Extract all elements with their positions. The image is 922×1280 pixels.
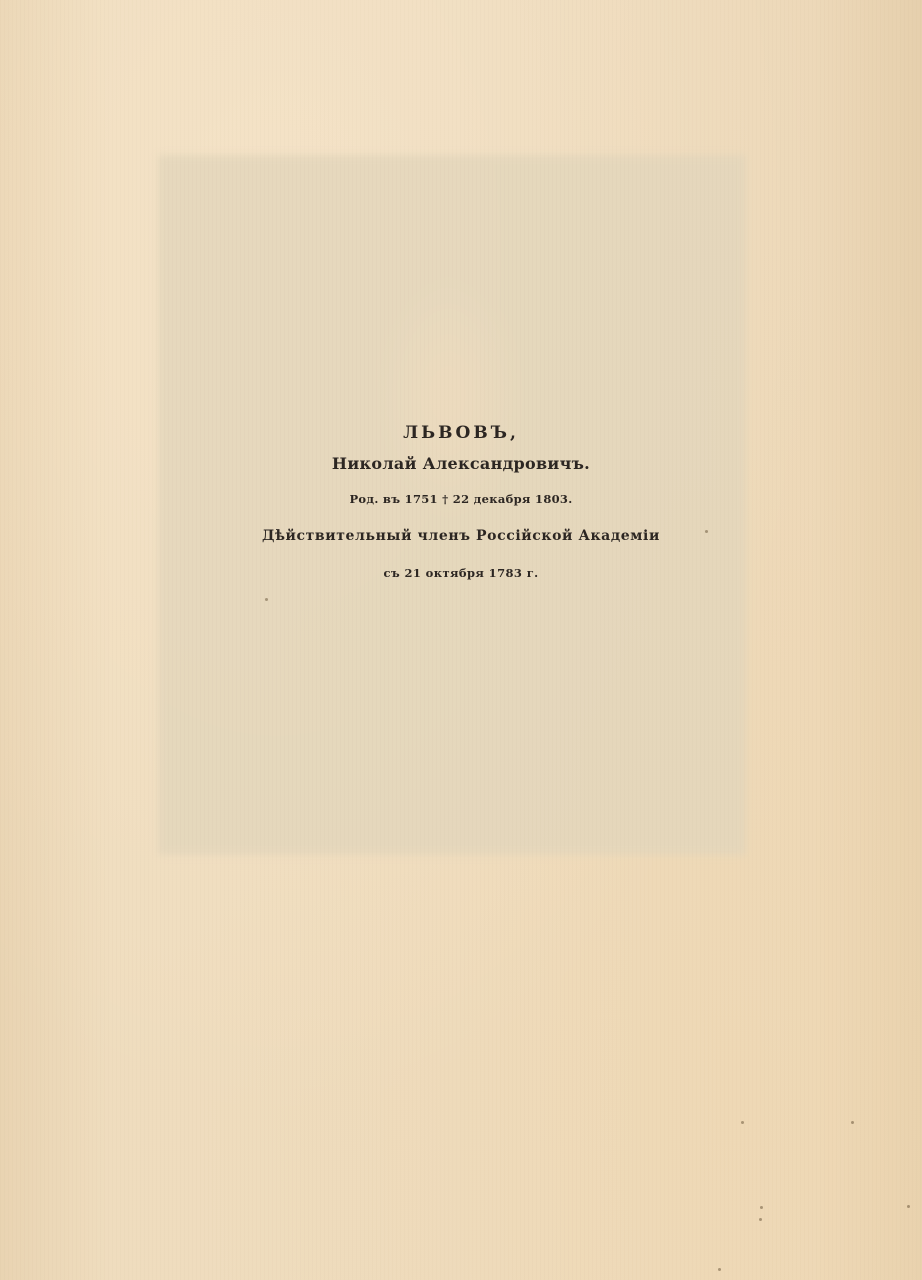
scanned-page: ЛЬВОВЪ, Николай Александровичъ. Род. въ … [0, 0, 922, 1280]
paper-speck [851, 1121, 854, 1124]
paper-speck [265, 598, 268, 601]
paper-speck [741, 1121, 744, 1124]
paper-speck [705, 530, 708, 533]
portrait-surname: ЛЬВОВЪ, [0, 423, 922, 443]
academy-membership: Дѣйствительный членъ Россійской Академіи [0, 528, 922, 544]
membership-date: съ 21 октября 1783 г. [0, 566, 922, 580]
portrait-given-name: Николай Александровичъ. [0, 454, 922, 473]
paper-speck [759, 1218, 762, 1221]
paper-speck [760, 1206, 763, 1209]
paper-speck [718, 1268, 721, 1271]
paper-speck [907, 1205, 910, 1208]
life-dates: Род. въ 1751 † 22 декабря 1803. [0, 492, 922, 506]
